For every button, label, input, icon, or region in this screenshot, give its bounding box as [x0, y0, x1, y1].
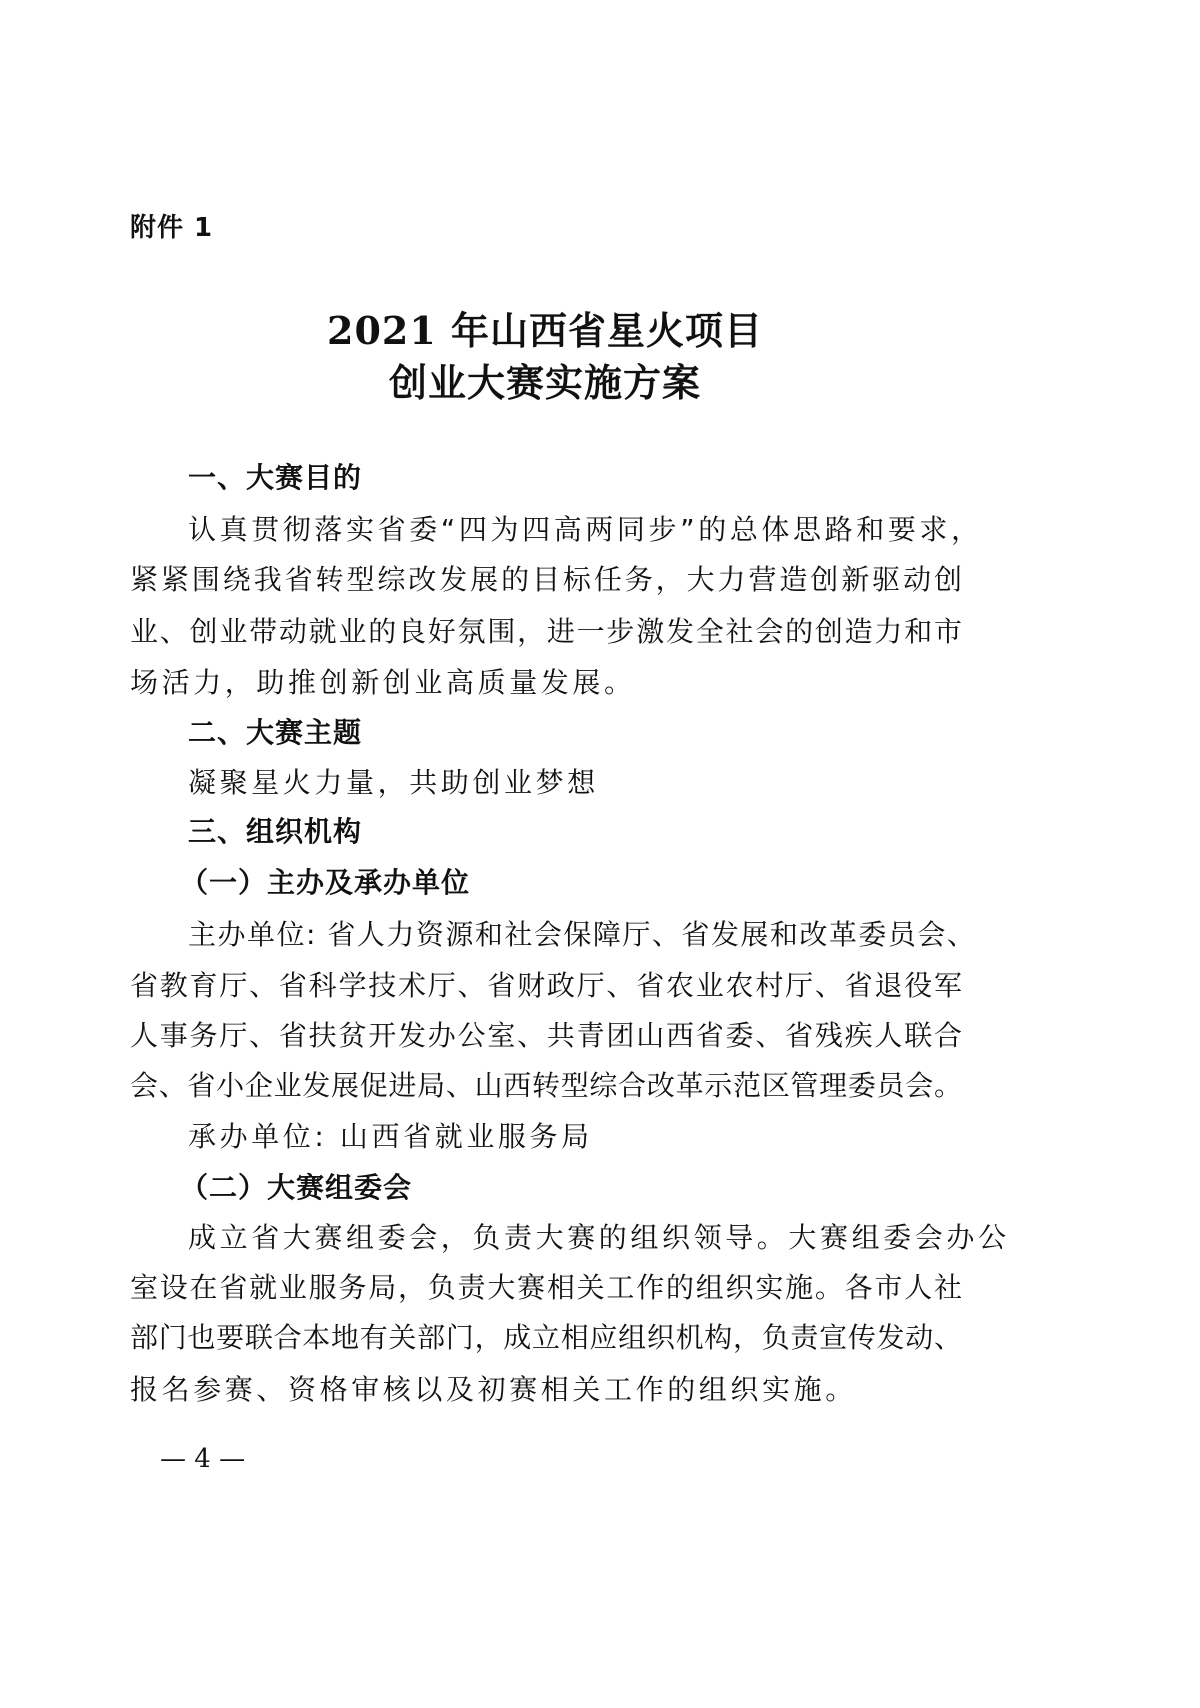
- paragraph-line: 紧紧围绕我省转型综改发展的目标任务，大力营造创新驱动创: [130, 562, 962, 598]
- paragraph-line: 承办单位: 山西省就业服务局: [188, 1119, 962, 1155]
- paragraph-line: 认真贯彻落实省委“四为四高两同步”的总体思路和要求，: [188, 512, 962, 548]
- paragraph-line: 室设在省就业服务局，负责大赛相关工作的组织实施。各市人社: [130, 1270, 962, 1306]
- paragraph-line: 会、省小企业发展促进局、山西转型综合改革示范区管理委员会。: [130, 1068, 962, 1104]
- paragraph-line: 业、创业带动就业的良好氛围，进一步激发全社会的创造力和市: [130, 614, 962, 650]
- section-heading-organization: 三、组织机构: [188, 814, 962, 850]
- subsection-heading-committee: （二）大赛组委会: [180, 1170, 1012, 1206]
- attachment-label: 附件 1: [130, 207, 213, 244]
- document-title-line-1: 2021 年山西省星火项目: [0, 300, 1090, 355]
- document-page: 附件 1 2021 年山西省星火项目 创业大赛实施方案 一、大赛目的 认真贯彻落…: [0, 0, 1200, 1708]
- paragraph-line: 部门也要联合本地有关部门，成立相应组织机构，负责宣传发动、: [130, 1320, 962, 1356]
- paragraph-line: 省教育厅、省科学技术厅、省财政厅、省农业农村厅、省退役军: [130, 968, 962, 1004]
- subsection-heading-organizers: （一）主办及承办单位: [180, 865, 1012, 901]
- paragraph-line: 凝聚星火力量，共助创业梦想: [188, 765, 962, 801]
- paragraph-line: 场活力，助推创新创业高质量发展。: [130, 665, 962, 701]
- paragraph-line: 主办单位: 省人力资源和社会保障厅、省发展和改革委员会、: [188, 917, 962, 953]
- paragraph-line: 报名参赛、资格审核以及初赛相关工作的组织实施。: [130, 1372, 962, 1408]
- page-number: — 4 —: [160, 1444, 245, 1474]
- paragraph-line: 成立省大赛组委会，负责大赛的组织领导。大赛组委会办公: [188, 1220, 962, 1256]
- paragraph-line: 人事务厅、省扶贫开发办公室、共青团山西省委、省残疾人联合: [130, 1018, 962, 1054]
- section-heading-theme: 二、大赛主题: [188, 715, 962, 751]
- document-title-line-2: 创业大赛实施方案: [0, 352, 1090, 407]
- section-heading-purpose: 一、大赛目的: [188, 460, 962, 496]
